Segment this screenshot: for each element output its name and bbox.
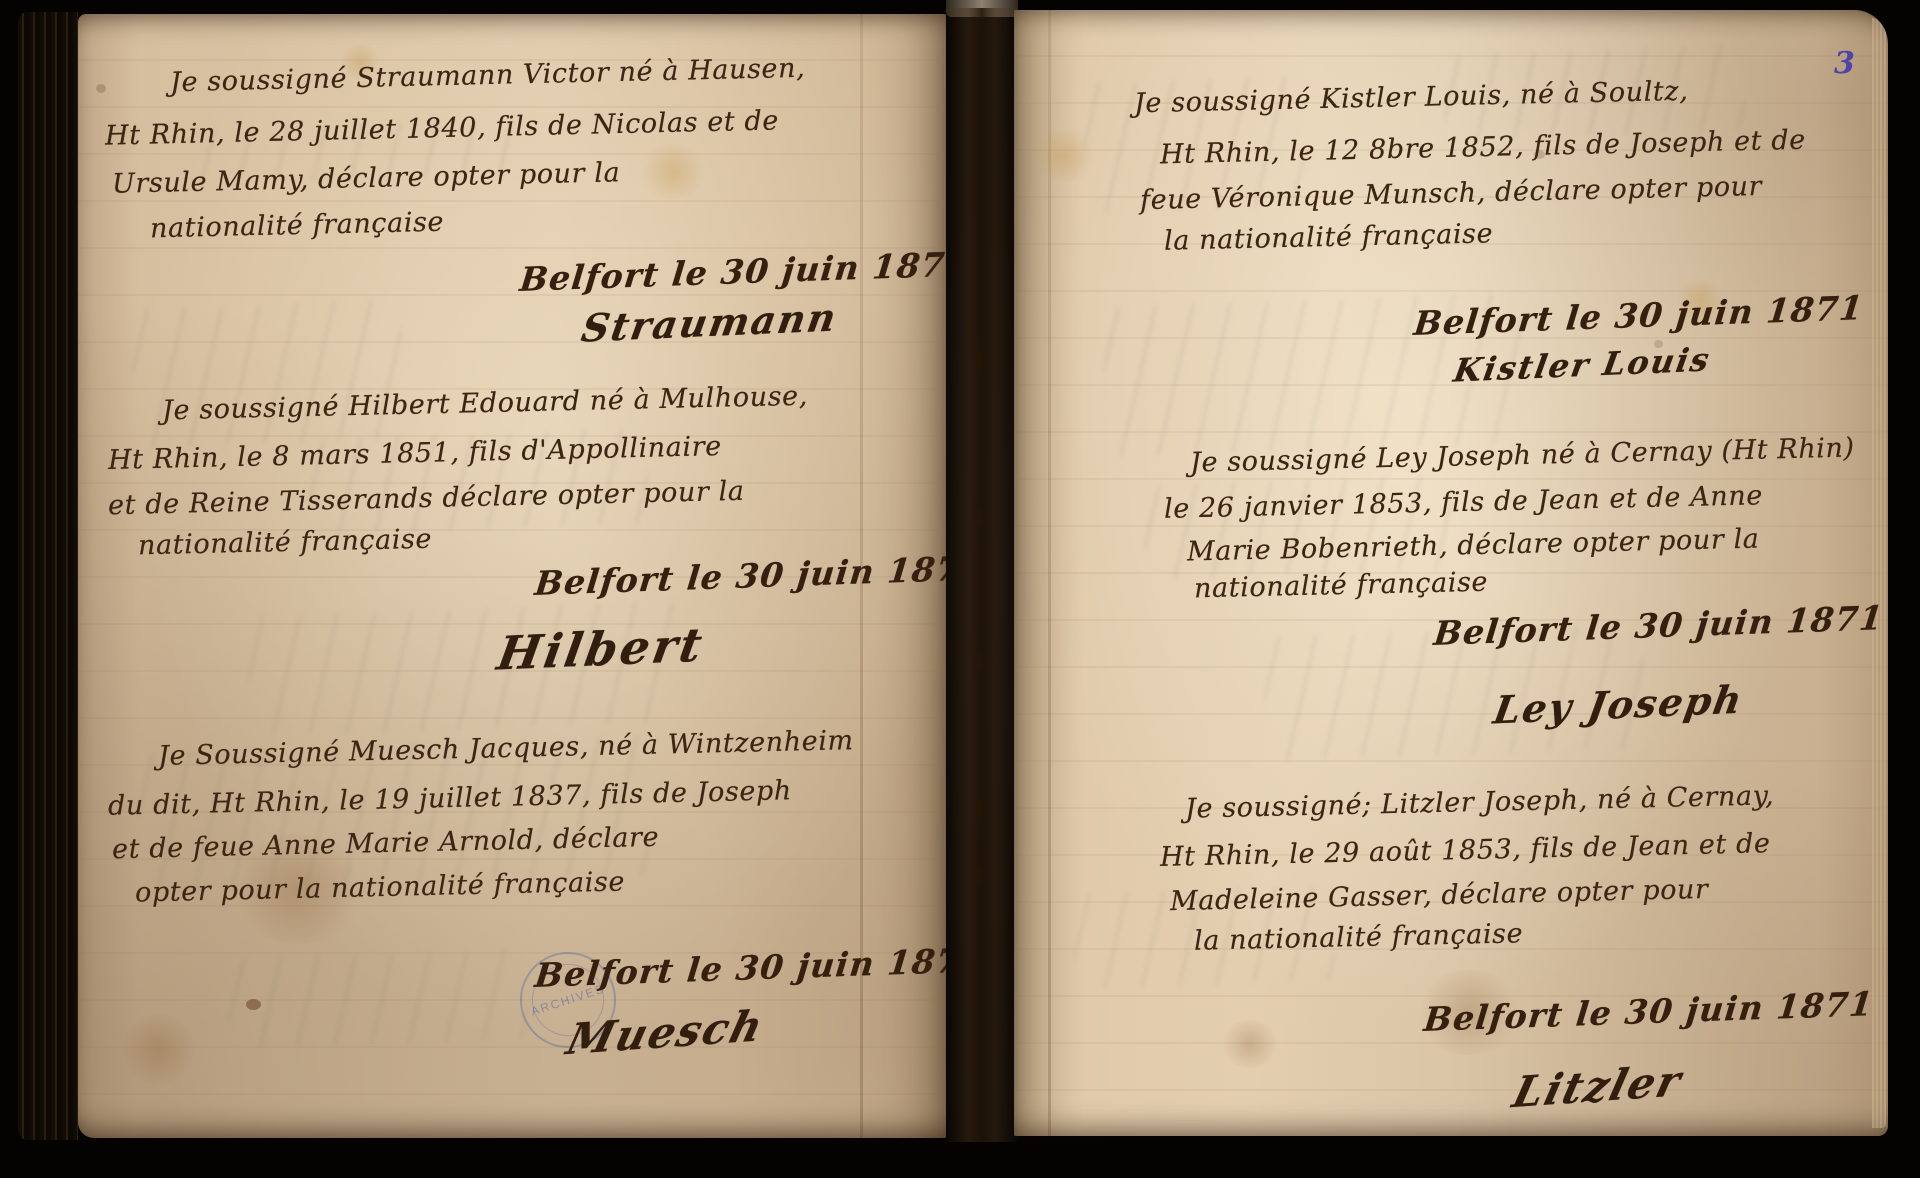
entry-line: la nationalité française — [1164, 218, 1494, 256]
entry-line: nationalité française — [138, 524, 433, 562]
page-crease — [1048, 10, 1051, 1136]
entry-line: Madeleine Gasser, déclare opter pour — [1170, 874, 1709, 917]
entry-line: nationalité française — [150, 207, 445, 245]
entry-line: Je soussigné Hilbert Edouard né à Mulhou… — [162, 381, 808, 427]
book-gutter-shadow — [944, 8, 1020, 1142]
binding-stitch — [978, 866, 983, 884]
entry-line: Ht Rhin, le 8 mars 1851, fils d'Appollin… — [108, 431, 722, 476]
entry-signature: Hilbert — [494, 617, 709, 680]
entry-signature: Kistler Louis — [1451, 340, 1714, 390]
entry-line: nationalité française — [1194, 567, 1489, 605]
entry-line: du dit, Ht Rhin, le 19 juillet 1837, fil… — [108, 775, 792, 822]
paper-stain — [1032, 130, 1098, 182]
binding-stitch — [978, 652, 983, 670]
entry-line: opter pour la nationalité française — [135, 866, 626, 908]
entry-line: Ht Rhin, le 12 8bre 1852, fils de Joseph… — [1160, 125, 1806, 171]
entry-dateline: Belfort le 30 juin 1871 — [518, 244, 946, 299]
entry-line: et de feue Anne Marie Arnold, déclare — [112, 822, 660, 865]
binding-stitch — [978, 508, 983, 526]
entry-line: feue Véronique Munsch, déclare opter pou… — [1140, 171, 1763, 216]
entry-line: Je soussigné Ley Joseph né à Cernay (Ht … — [1190, 432, 1855, 478]
foxing-spot — [246, 999, 261, 1010]
entry-line: Ht Rhin, le 29 août 1853, fils de Jean e… — [1160, 828, 1771, 873]
left-page: Je soussigné Straumann Victor né à Hause… — [78, 14, 946, 1138]
entry-signature: Straumann — [578, 294, 841, 351]
ink-showthrough — [227, 949, 530, 1049]
entry-line: Ursule Mamy, déclare opter pour la — [112, 157, 621, 200]
paper-stain — [638, 144, 708, 199]
book-spine-page-edges — [18, 12, 78, 1140]
foxing-spot — [96, 84, 106, 93]
entry-line: le 26 janvier 1853, fils de Jean et de A… — [1164, 480, 1764, 525]
entry-dateline: Belfort le 30 juin 1871 — [533, 940, 946, 995]
entry-line: Ht Rhin, le 28 juillet 1840, fils de Nic… — [105, 105, 780, 151]
entry-line: et de Reine Tisserands déclare opter pou… — [108, 476, 745, 521]
entry-line: Marie Bobenrieth, déclare opter pour la — [1187, 524, 1760, 568]
right-page: 3 Je soussigné Kistler Louis, né à Soult… — [1014, 10, 1888, 1136]
entry-line: Je soussigné Kistler Louis, né à Soultz, — [1134, 76, 1689, 120]
fore-edge-page-stack — [1872, 18, 1886, 1128]
entry-dateline: Belfort le 30 juin 1871 — [1412, 288, 1866, 343]
entry-dateline: Belfort le 30 juin 1871 — [1422, 984, 1876, 1039]
page-number: 3 — [1834, 46, 1855, 81]
entry-line: la nationalité française — [1194, 918, 1524, 956]
entry-line: Je soussigné; Litzler Joseph, né à Cerna… — [1185, 780, 1775, 824]
entry-signature: Litzler — [1508, 1056, 1688, 1118]
binding-stitch — [978, 800, 983, 818]
ink-showthrough — [131, 299, 406, 448]
register-scan: Je soussigné Straumann Victor né à Hause… — [0, 0, 1920, 1178]
binding-stitch — [978, 352, 983, 370]
entry-line: Je Soussigné Muesch Jacques, né à Wintze… — [158, 725, 854, 772]
entry-dateline: Belfort le 30 juin 1871 — [533, 548, 946, 603]
entry-dateline: Belfort le 30 juin 1871 — [1432, 598, 1886, 653]
paper-stain — [118, 1014, 198, 1084]
paper-stain — [1219, 1020, 1281, 1068]
entry-signature: Ley Joseph — [1490, 676, 1747, 732]
entry-line: Je soussigné Straumann Victor né à Hause… — [170, 53, 806, 98]
